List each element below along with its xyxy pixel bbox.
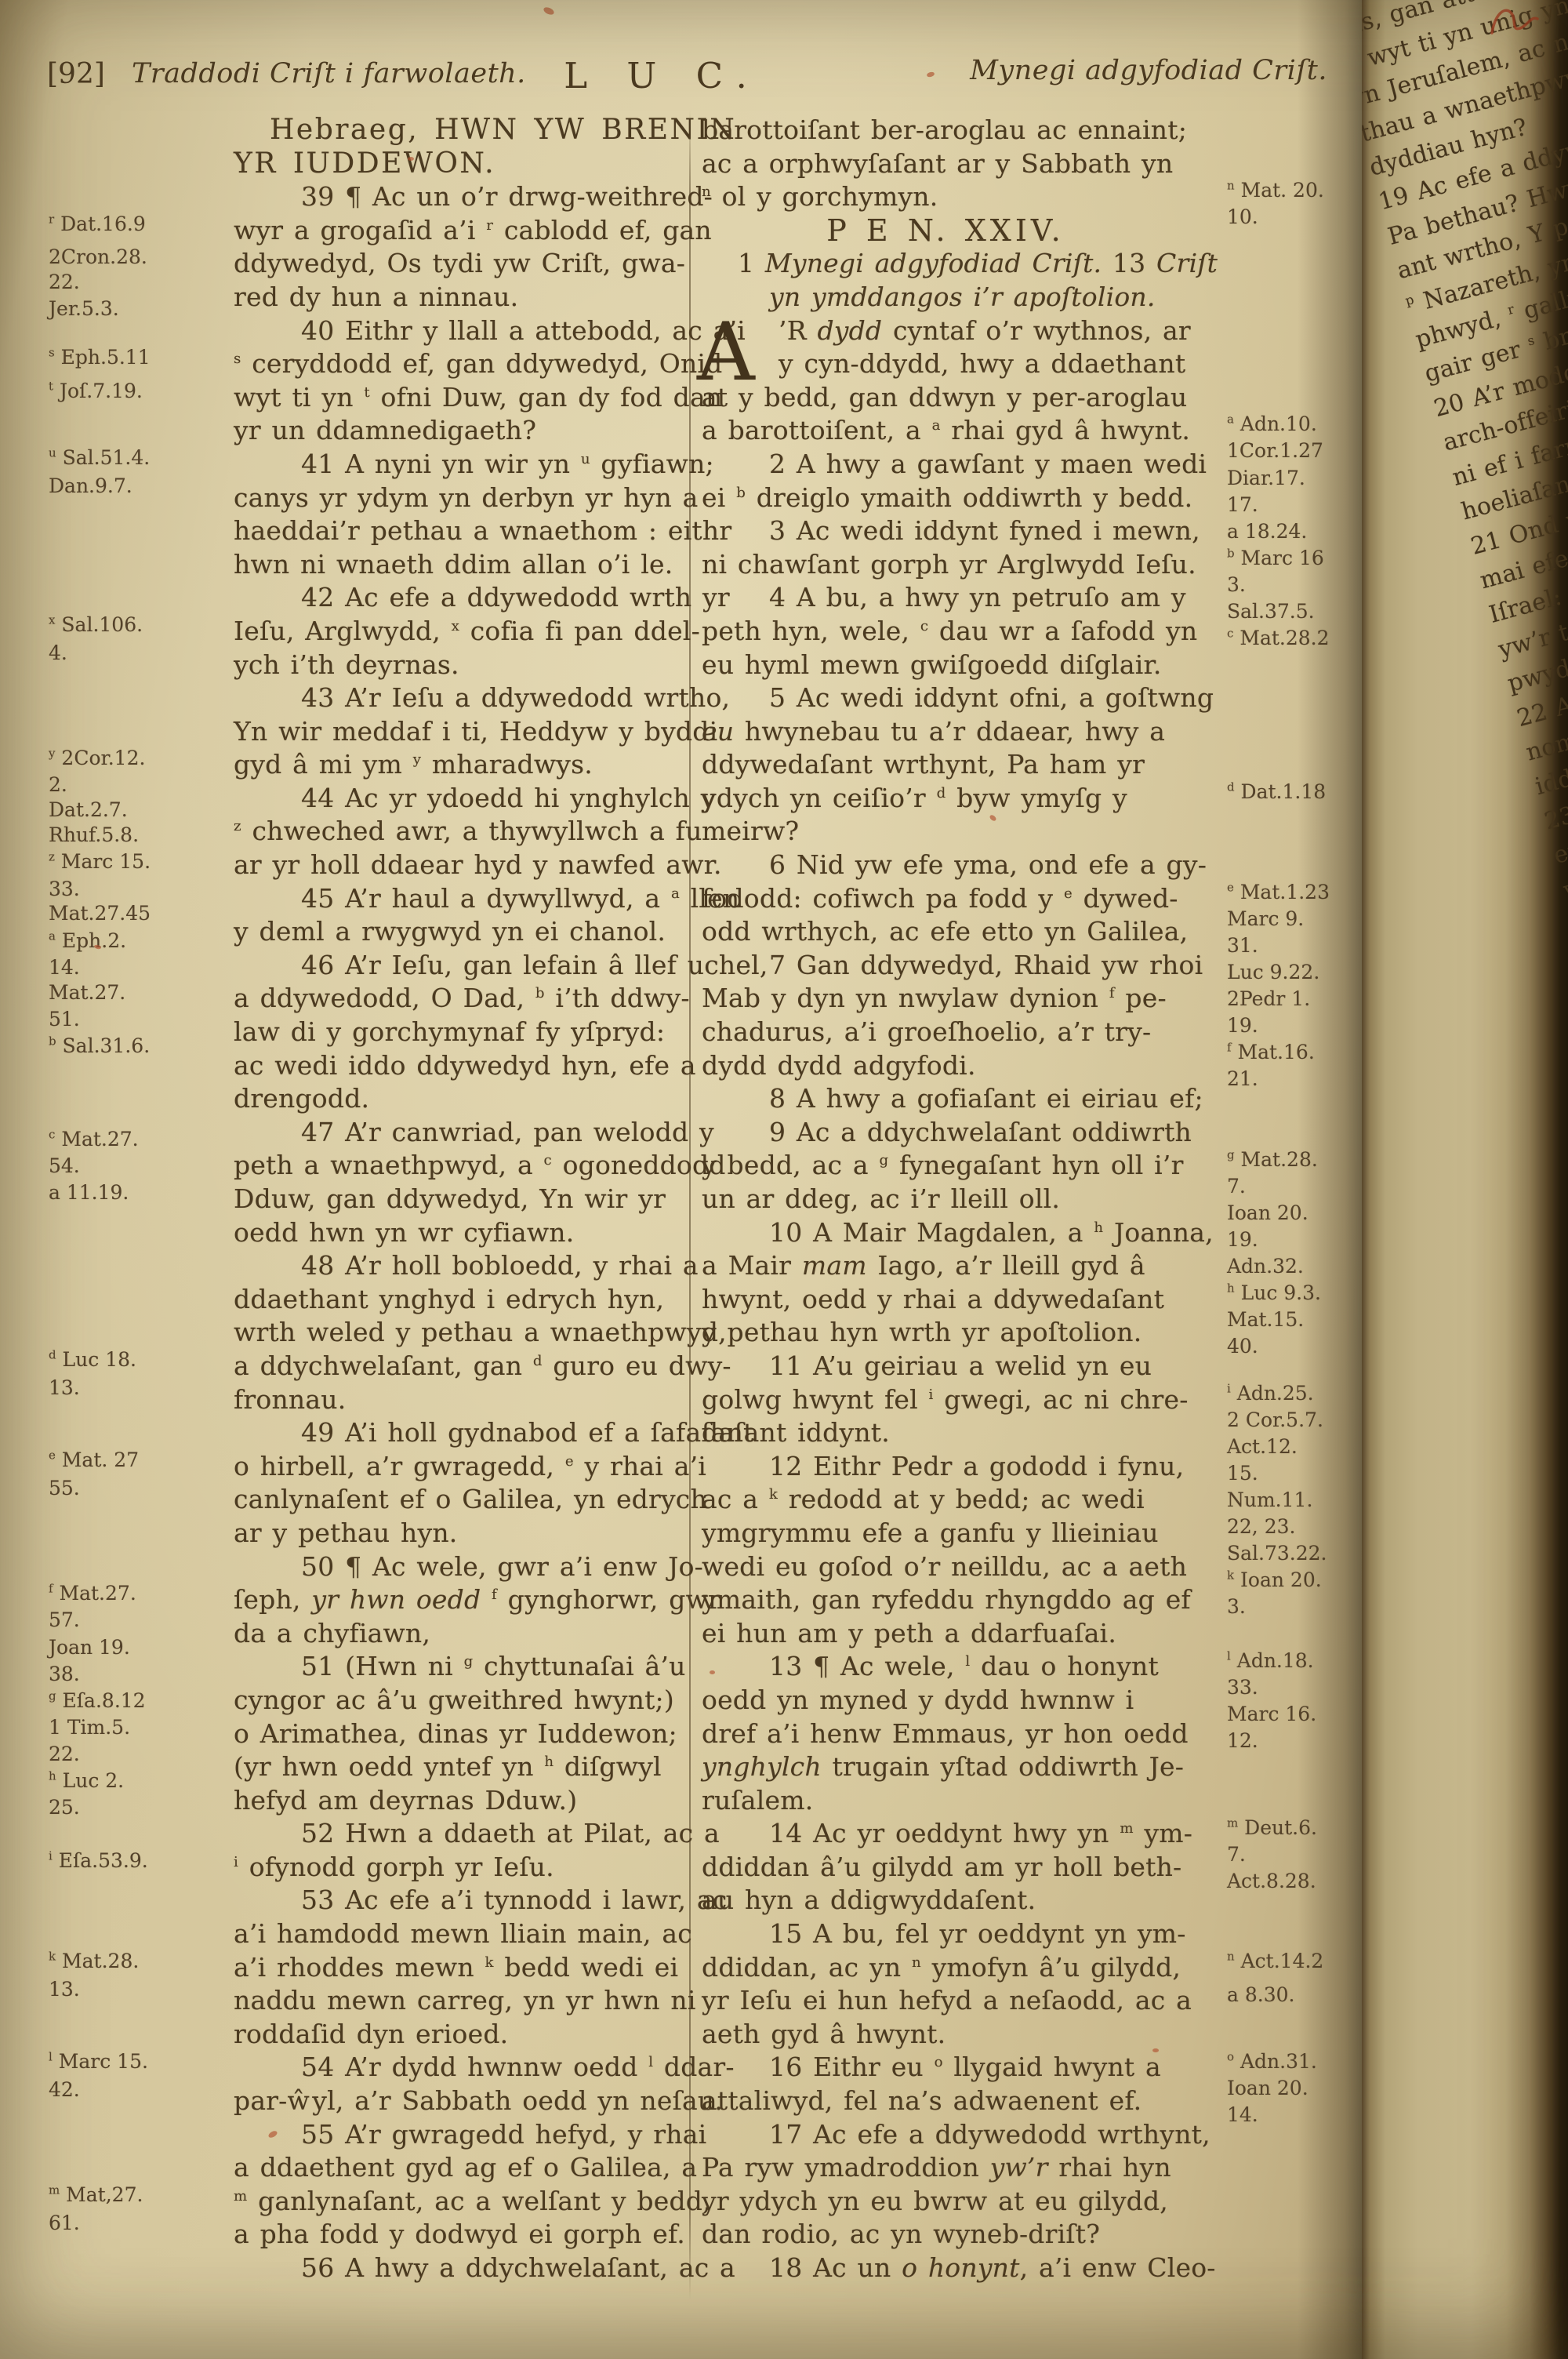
margin-note: 22, 23.	[1227, 1517, 1295, 1537]
margin-note: Ioan 20.	[1227, 2078, 1308, 2099]
text-line: a’i hamdodd mewn lliain main, ac	[234, 1917, 688, 1951]
text-line: canlynaſent ef o Galilea, yn edrych	[234, 1483, 688, 1517]
text-line: ddaethant ynghyd i edrych hyn,	[234, 1283, 688, 1317]
text-line: 6 Nid yw efe yma, ond efe a gy-	[702, 849, 1221, 882]
text-line: Yn wir meddaf i ti, Heddyw y byddi	[234, 715, 688, 749]
margin-note: 19.	[1227, 1230, 1258, 1250]
text-line: 9 Ac a ddychwelaſant oddiwrth	[702, 1116, 1221, 1150]
margin-note: e Mat. 27	[49, 1450, 139, 1470]
text-line: ydych yn ceiſio’r d byw ymyſg y	[702, 782, 1221, 816]
text-line: ac a orphwyſaſant ar y Sabbath yn	[702, 147, 1221, 181]
book-title: L U C.	[564, 55, 761, 96]
text-line: ddiddan â’u gilydd am yr holl beth-	[702, 1851, 1221, 1885]
text-line: 12 Eithr Pedr a gododd i fynu,	[702, 1450, 1221, 1484]
margin-note: 12.	[1227, 1731, 1258, 1751]
margin-note: 7.	[1227, 1845, 1246, 1865]
text-line: naddu mewn carreg, yn yr hwn ni	[234, 1984, 688, 2018]
text-line: y cyn-ddydd, hwy a ddaethant	[702, 347, 1221, 381]
text-line: golwg hwynt fel i gwegi, ac ni chre-	[702, 1383, 1221, 1417]
paper-speck	[408, 157, 414, 161]
facing-page-text: yn ymaddpas, gan atteb aA wyt ti yn unig…	[1362, 0, 1568, 2250]
text-line: a’i rhoddes mewn k bedd wedi ei	[234, 1951, 688, 1985]
margin-note: 2.	[49, 775, 67, 795]
margin-note: Mat.27.	[49, 983, 125, 1003]
text-line: yr Ieſu ei hun hefyd a neſaodd, ac a	[702, 1984, 1221, 2018]
text-line: s ceryddodd ef, gan ddywedyd, Onid	[234, 347, 688, 381]
margin-note: 14.	[49, 958, 80, 978]
margin-note: 33.	[1227, 1677, 1258, 1698]
text-line: Hebraeg, HWN YW BRENIN	[234, 114, 688, 147]
text-line: a ddychwelaſant, gan d guro eu dwy-	[234, 1350, 688, 1383]
margin-note: 2Cron.28.	[49, 247, 147, 267]
text-line: yr un ddamnedigaeth?	[234, 414, 688, 448]
margin-note: 38.	[49, 1664, 80, 1685]
text-line: ei hun am y peth a ddarfuaſai.	[702, 1617, 1221, 1651]
margin-note: l Marc 15.	[49, 2052, 148, 2072]
text-line: o hirbell, a’r gwragedd, e y rhai a’i	[234, 1450, 688, 1484]
text-line: par-ŵyl, a’r Sabbath oedd yn neſau.	[234, 2085, 688, 2118]
text-line: ddywedaſant wrthynt, Pa ham yr	[702, 748, 1221, 782]
margin-note: 61.	[49, 2213, 80, 2234]
margin-note: 3.	[1227, 575, 1246, 595]
margin-note: 13.	[49, 1979, 80, 2000]
text-line: wedi eu goſod o’r neilldu, ac a aeth	[702, 1550, 1221, 1584]
text-line: i ofynodd gorph yr Ieſu.	[234, 1851, 688, 1885]
left-text-column: Hebraeg, HWN YW BRENINYR IUDDEWON.39 ¶ A…	[234, 114, 688, 2285]
text-line: 54 A’r dydd hwnnw oedd l ddar-	[234, 2051, 688, 2085]
margin-note: 55.	[49, 1478, 80, 1499]
text-line: y bedd, ac a g fynegaſant hyn oll i’r	[702, 1149, 1221, 1183]
margin-note: Ioan 20.	[1227, 1203, 1308, 1223]
margin-note: a 18.24.	[1227, 522, 1307, 542]
margin-note: u Sal.51.4.	[49, 448, 150, 468]
text-line: hwynt, oedd y rhai a ddywedaſant	[702, 1283, 1221, 1317]
text-line: hefyd am deyrnas Dduw.)	[234, 1784, 688, 1818]
margin-note: x Sal.106.	[49, 615, 143, 635]
text-line: ar yr holl ddaear hyd y nawfed awr.	[234, 849, 688, 882]
margin-note: Rhuf.5.8.	[49, 825, 139, 845]
running-title-left: Traddodi Criſt i farwolaeth.	[132, 58, 526, 89]
text-line: ſeph, yr hwn oedd f gynghorwr, gwr	[234, 1583, 688, 1617]
text-line: y pethau hyn wrth yr apoſtolion.	[702, 1316, 1221, 1350]
margin-note: y 2Cor.12.	[49, 748, 145, 769]
margin-note: k Mat.28.	[49, 1951, 139, 1972]
text-line: 42 Ac efe a ddywedodd wrth yr	[234, 581, 688, 615]
margin-note: Mat.15.	[1227, 1310, 1304, 1330]
text-line: drengodd.	[234, 1082, 688, 1116]
text-line: 52 Hwn a ddaeth at Pilat, ac a	[234, 1817, 688, 1851]
text-line: 11 A’u geiriau a welid yn eu	[702, 1350, 1221, 1383]
text-line: ddywedyd, Os tydi yw Criſt, gwa-	[234, 247, 688, 281]
margin-note: 14.	[1227, 2105, 1258, 2125]
text-line: 40 Eithr y llall a attebodd, ac a’i	[234, 314, 688, 348]
margin-note: a 8.30.	[1227, 1985, 1294, 2005]
text-line: ddiddan, ac yn n ymofyn â’u gilydd,	[702, 1951, 1221, 1985]
margin-note: 40.	[1227, 1336, 1258, 1357]
margin-note: r Dat.16.9	[49, 214, 146, 234]
page-number: [92]	[47, 58, 105, 90]
margin-note: 31.	[1227, 936, 1258, 956]
text-line: dref a’i henw Emmaus, yr hon oedd	[702, 1717, 1221, 1751]
text-line: ych i’th deyrnas.	[234, 649, 688, 682]
text-line: 3 Ac wedi iddynt fyned i mewn,	[702, 514, 1221, 548]
margin-note: Mat.27.45	[49, 903, 151, 924]
text-line: law di y gorchymynaf fy yſpryd:	[234, 1016, 688, 1049]
text-line: ac a k redodd at y bedd; ac wedi	[702, 1483, 1221, 1517]
text-line: yn ymddangos i’r apoſtolion.	[702, 281, 1221, 314]
page-gutter-shadow	[1298, 0, 1363, 2359]
text-line: YR IUDDEWON.	[234, 147, 688, 181]
text-line: wyr a grogaſid a’i r cablodd ef, gan	[234, 214, 688, 248]
red-pen-mark	[1487, 2, 1542, 41]
text-line: odd wrthych, ac efe etto yn Galilea,	[702, 915, 1221, 949]
text-line: gyd â mi ym y mharadwys.	[234, 748, 688, 782]
text-line: n ol y gorchymyn.	[702, 180, 1221, 214]
text-line: cyngor ac â’u gweithred hwynt;)	[234, 1684, 688, 1717]
running-title-right: Mynegi adgyfodiad Criſt.	[970, 55, 1327, 86]
paper-speck	[543, 5, 555, 16]
margin-note: Adn.32.	[1227, 1256, 1304, 1277]
margin-note: i Eſa.53.9.	[49, 1851, 148, 1871]
text-line: 1 Mynegi adgyfodiad Criſt. 13 Criſt	[702, 247, 1221, 281]
text-line: 43 A’r Ieſu a ddywedodd wrtho,	[234, 682, 688, 715]
text-line: (yr hwn oedd yntef yn h diſgwyl	[234, 1750, 688, 1784]
text-line: o Arimathea, dinas yr Iuddewon;	[234, 1717, 688, 1751]
text-line: daſant iddynt.	[702, 1416, 1221, 1450]
margin-note: 42.	[49, 2080, 80, 2100]
text-line: 5 Ac wedi iddynt ofni, a goſtwng	[702, 682, 1221, 715]
margin-note: h Luc 2.	[49, 1771, 124, 1791]
text-line: da a chyfiawn,	[234, 1617, 688, 1651]
text-line: red dy hun a ninnau.	[234, 281, 688, 314]
text-line: ei b dreiglo ymaith oddiwrth y bedd.	[702, 482, 1221, 515]
margin-note: 19.	[1227, 1016, 1258, 1036]
margin-note: m Mat,27.	[49, 2185, 143, 2205]
text-line: 16 Eithr eu o llygaid hwynt a	[702, 2051, 1221, 2085]
text-line: ymaith, gan ryfeddu rhyngddo ag ef	[702, 1583, 1221, 1617]
text-line: dan rodio, ac yn wyneb-driſt?	[702, 2218, 1221, 2252]
margin-note: t Joſ.7.19.	[49, 381, 143, 402]
text-line: a barottoiſent, a a rhai gyd â hwynt.	[702, 414, 1221, 448]
text-line: 53 Ac efe a’i tynnodd i lawr, ac	[234, 1884, 688, 1917]
text-line: roddaſid dyn erioed.	[234, 2018, 688, 2052]
margin-note: Dat.2.7.	[49, 800, 128, 820]
text-line: ni chawſant gorph yr Arglwydd Ieſu.	[702, 548, 1221, 582]
text-line: 45 A’r haul a dywyllwyd, a a llen	[234, 882, 688, 916]
text-line: 50 ¶ Ac wele, gwr a’i enw Jo-	[234, 1550, 688, 1584]
text-line: 17 Ac efe a ddywedodd wrthynt,	[702, 2118, 1221, 2152]
text-line: 39 ¶ Ac un o’r drwg-weithred-	[234, 180, 688, 214]
text-line: hwn ni wnaeth ddim allan o’i le.	[234, 548, 688, 582]
text-line: 8 A hwy a gofiaſant ei eiriau ef;	[702, 1082, 1221, 1116]
text-line: ar y pethau hyn.	[234, 1517, 688, 1550]
text-line: attaliwyd, fel na’s adwaenent ef.	[702, 2085, 1221, 2118]
margin-note: d Luc 18.	[49, 1350, 136, 1370]
text-line: m ganlynaſant, ac a welſant y bedd,	[234, 2185, 688, 2219]
margin-note: Diar.17.	[1227, 468, 1305, 489]
text-line: 49 A’i holl gydnabod ef a ſafaſant	[234, 1416, 688, 1450]
text-line: P E N. XXIV.	[702, 214, 1221, 248]
margin-note: Jer.5.3.	[49, 299, 119, 319]
text-line: a pha fodd y dodwyd ei gorph ef.	[234, 2218, 688, 2252]
right-text-column: A barottoiſant ber-aroglau ac ennaint;ac…	[702, 114, 1221, 2285]
text-line: 47 A’r canwriad, pan welodd y	[234, 1116, 688, 1150]
text-line: 15 A bu, fel yr oeddynt yn ym-	[702, 1917, 1221, 1951]
text-line: Pa ryw ymadroddion yw’r rhai hyn	[702, 2151, 1221, 2185]
text-line: 7 Gan ddywedyd, Rhaid yw rhoi	[702, 949, 1221, 983]
margin-note: z Marc 15.	[49, 852, 151, 872]
text-line: wyt ti yn t ofni Duw, gan dy fod dan	[234, 381, 688, 415]
text-line: yr ydych yn eu bwrw at eu gilydd,	[702, 2185, 1221, 2219]
text-line: z chweched awr, a thywyllwch a fu	[234, 815, 688, 849]
margin-note: b Sal.31.6.	[49, 1036, 150, 1056]
text-line: oedd hwn yn wr cyfiawn.	[234, 1216, 688, 1250]
text-line: eu hwynebau tu a’r ddaear, hwy a	[702, 715, 1221, 749]
margin-note: 33.	[49, 879, 80, 900]
drop-cap-letter: A	[697, 313, 755, 393]
text-line: 13 ¶ Ac wele, l dau o honynt	[702, 1650, 1221, 1684]
text-line: 14 Ac yr oeddynt hwy yn m ym-	[702, 1817, 1221, 1851]
book-page: [92] Traddodi Criſt i farwolaeth. L U C.…	[0, 0, 1568, 2359]
margin-note: 22.	[49, 1744, 80, 1765]
facing-page-edge: yn ymaddpas, gan atteb aA wyt ti yn unig…	[1362, 0, 1568, 2359]
text-line: y deml a rwygwyd yn ei chanol.	[234, 915, 688, 949]
margin-note: Joan 19.	[49, 1637, 130, 1658]
margin-note: a 11.19.	[49, 1183, 129, 1203]
text-line: 10 A Mair Magdalen, a h Joanna,	[702, 1216, 1221, 1250]
text-line: eu hyml mewn gwiſgoedd diſglair.	[702, 649, 1221, 682]
text-line: dydd dydd adgyfodi.	[702, 1049, 1221, 1083]
margin-note: 1 Tim.5.	[49, 1717, 130, 1738]
text-line: a Mair mam Iago, a’r lleill gyd â	[702, 1249, 1221, 1283]
margin-note: 17.	[1227, 495, 1258, 515]
margin-note: 10.	[1227, 207, 1258, 227]
page-header: [92] Traddodi Criſt i farwolaeth. L U C.…	[0, 58, 1360, 113]
text-line: 48 A’r holl bobloedd, y rhai a	[234, 1249, 688, 1283]
text-line: 55 A’r gwragedd hefyd, y rhai	[234, 2118, 688, 2152]
text-line: a ddaethent gyd ag ef o Galilea, a	[234, 2151, 688, 2185]
text-line: peth hyn, wele, c dau wr a ſafodd yn	[702, 615, 1221, 649]
text-line: 4 A bu, a hwy yn petruſo am y	[702, 581, 1221, 615]
margin-note: 57.	[49, 1610, 80, 1630]
margin-note: 21.	[1227, 1069, 1258, 1089]
text-line: ynghylch trugain yſtad oddiwrth Je-	[702, 1750, 1221, 1784]
text-line: 46 A’r Ieſu, gan lefain â llef uchel,	[234, 949, 688, 983]
margin-note: Dan.9.7.	[49, 476, 132, 496]
text-line: aeth gyd â hwynt.	[702, 2018, 1221, 2052]
text-line: a ddywedodd, O Dad, b i’th ddwy-	[234, 982, 688, 1016]
text-line: peth a wnaethpwyd, a c ogoneddodd	[234, 1149, 688, 1183]
margin-note: 3.	[1227, 1597, 1246, 1617]
text-line: haeddai’r pethau a wnaethom : eithr	[234, 514, 688, 548]
margin-note: 54.	[49, 1156, 80, 1176]
margin-note: Marc 9.	[1227, 909, 1304, 929]
margin-note: s Eph.5.11	[49, 347, 151, 368]
text-line: ’R dydd cyntaf o’r wythnos, ar	[702, 314, 1221, 348]
margin-note: 13.	[49, 1378, 80, 1398]
margin-note: Act.12.	[1227, 1437, 1298, 1457]
text-line: 56 A hwy a ddychwelaſant, ac a	[234, 2252, 688, 2285]
text-line: 18 Ac un o honynt, a’i enw Cleo-	[702, 2252, 1221, 2285]
column-divider-rule	[689, 110, 691, 2299]
text-line: Mab y dyn yn nwylaw dynion f pe-	[702, 982, 1221, 1016]
text-line: canys yr ydym yn derbyn yr hyn a	[234, 482, 688, 515]
paper-speck	[1152, 2048, 1159, 2052]
text-line: at y bedd, gan ddwyn y per-aroglau	[702, 381, 1221, 415]
text-line: fronnau.	[234, 1383, 688, 1417]
margin-note: 51.	[49, 1009, 80, 1030]
margin-note: 25.	[49, 1797, 80, 1818]
margin-note: 15.	[1227, 1463, 1258, 1484]
margin-note: 22.	[49, 272, 80, 293]
margin-note: g Eſa.8.12	[49, 1691, 146, 1711]
text-line: oedd yn myned y dydd hwnnw i	[702, 1684, 1221, 1717]
text-line: un ar ddeg, ac i’r lleill oll.	[702, 1183, 1221, 1216]
text-line: ymgrymmu efe a ganfu y llieiniau	[702, 1517, 1221, 1550]
margin-note: c Mat.27.	[49, 1129, 139, 1150]
margin-note: f Mat.27.	[49, 1583, 136, 1604]
paper-speck	[710, 1670, 715, 1674]
margin-note: a Eph.2.	[49, 931, 126, 951]
text-line: ruſalem.	[702, 1784, 1221, 1818]
text-line: Ieſu, Arglwydd, x cofia fi pan ddel-	[234, 615, 688, 649]
text-line: 44 Ac yr ydoedd hi ynghylch y	[234, 782, 688, 816]
margin-note: 7.	[1227, 1176, 1246, 1197]
text-line: meirw?	[702, 815, 1221, 849]
text-line: chadurus, a’i groeſhoelio, a’r try-	[702, 1016, 1221, 1049]
margin-note: 4.	[49, 643, 67, 663]
text-line: fododd: cofiwch pa fodd y e dywed-	[702, 882, 1221, 916]
text-line: au hyn a ddigwyddaſent.	[702, 1884, 1221, 1917]
text-line: 51 (Hwn ni g chyttunaſai â’u	[234, 1650, 688, 1684]
text-line: barottoiſant ber-aroglau ac ennaint;	[702, 114, 1221, 147]
text-line: Dduw, gan ddywedyd, Yn wir yr	[234, 1183, 688, 1216]
text-line: 41 A nyni yn wir yn u gyfiawn;	[234, 448, 688, 482]
text-line: ac wedi iddo ddywedyd hyn, efe a	[234, 1049, 688, 1083]
text-line: wrth weled y pethau a wnaethpwyd,	[234, 1316, 688, 1350]
text-line: 2 A hwy a gawſant y maen wedi	[702, 448, 1221, 482]
